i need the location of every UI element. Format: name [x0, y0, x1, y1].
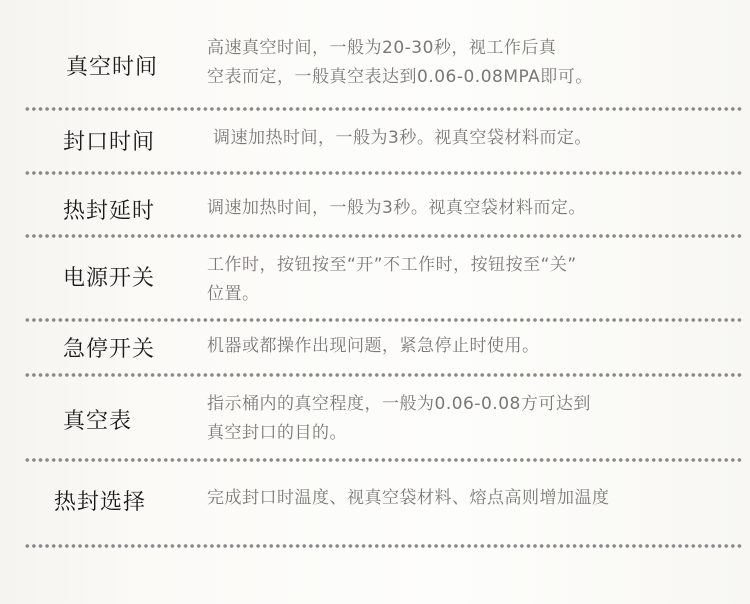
dotted-divider [24, 107, 742, 111]
row-desc-vacuum-gauge: 指示桶内的真空程度，一般为0.06-0.08方可达到 真空封口的目的。 [207, 390, 727, 448]
desc-line: 完成封口时温度、视真空袋材料、熔点高则增加温度 [207, 484, 727, 513]
row-label-power-switch: 电源开关 [63, 261, 155, 292]
row-label-heat-seal-delay: 热封延时 [63, 194, 155, 225]
dotted-divider [24, 234, 742, 238]
row-desc-vacuum-time: 高速真空时间，一般为20-30秒，视工作后真 空表而定，一般真空表达到0.06-… [207, 34, 727, 92]
row-label-vacuum-time: 真空时间 [66, 50, 158, 81]
row-desc-seal-time: 调速加热时间，一般为3秒。视真空袋材料而定。 [213, 124, 733, 153]
row-desc-emergency-stop: 机器或都操作出现问题，紧急停止时使用。 [207, 332, 727, 361]
desc-line: 调速加热时间，一般为3秒。视真空袋材料而定。 [213, 124, 733, 153]
row-label-heat-seal-select: 热封选择 [54, 485, 146, 516]
desc-line: 机器或都操作出现问题，紧急停止时使用。 [207, 332, 727, 361]
desc-line: 工作时，按钮按至“开”不工作时，按钮按至“关” [207, 251, 727, 280]
desc-line: 位置。 [207, 280, 727, 309]
desc-line: 调速加热时间，一般为3秒。视真空袋材料而定。 [207, 194, 727, 223]
row-desc-heat-seal-delay: 调速加热时间，一般为3秒。视真空袋材料而定。 [207, 194, 727, 223]
dotted-divider [24, 544, 742, 548]
row-label-vacuum-gauge: 真空表 [63, 404, 132, 435]
desc-line: 真空封口的目的。 [207, 419, 727, 448]
row-desc-heat-seal-select: 完成封口时温度、视真空袋材料、熔点高则增加温度 [207, 484, 727, 513]
dotted-divider [24, 373, 742, 377]
row-label-seal-time: 封口时间 [63, 125, 155, 156]
desc-line: 空表而定，一般真空表达到0.06-0.08MPA即可。 [207, 63, 727, 92]
row-desc-power-switch: 工作时，按钮按至“开”不工作时，按钮按至“关” 位置。 [207, 251, 727, 309]
dotted-divider [24, 171, 742, 175]
dotted-divider [24, 458, 742, 462]
dotted-divider [24, 318, 742, 322]
desc-line: 指示桶内的真空程度，一般为0.06-0.08方可达到 [207, 390, 727, 419]
desc-line: 高速真空时间，一般为20-30秒，视工作后真 [207, 34, 727, 63]
row-label-emergency-stop: 急停开关 [63, 332, 155, 363]
